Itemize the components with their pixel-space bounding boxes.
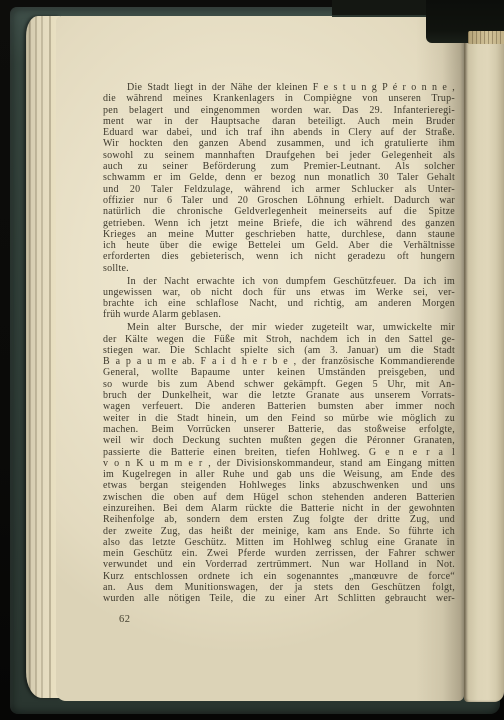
text-line: In der Nacht erwachte ich von dumpfem Ge… (103, 276, 455, 287)
text-line: brachte ich eine schlaflose Nacht, und r… (103, 298, 455, 309)
text-line: auch zu seiner Beförderung zum Premier-L… (103, 161, 455, 172)
text-line: getrieben. Wenn ich jetzt meine Briefe, … (103, 218, 455, 229)
text-line: natürlich die chronische Geldverlegenhei… (103, 206, 455, 217)
text-line: General, wollte Bapaume unter keinen Ums… (103, 367, 455, 378)
text-line: die während meines Krankenlagers in Comp… (103, 93, 455, 104)
text-line: etwas bergan steigenden Hohlweges links … (103, 480, 455, 491)
text-line: schwamm er im Gelde, denn er bezog nun m… (103, 172, 455, 183)
text-line: sowohl zu seinem mannhaften Draufgehen b… (103, 150, 455, 161)
text-line: der zweite Zug, das heißt der meinige, k… (103, 526, 455, 537)
text-line: einzureihen. Bei dem Alarm rückte die Ba… (103, 503, 455, 514)
text-line: machen. Beim Vorrücken unserer Batterie,… (103, 424, 455, 435)
text-line: mein Geschütz ein. Zwei Pferde wurden ze… (103, 548, 455, 559)
text-line: pen belagert und eingenommen worden war.… (103, 105, 455, 116)
text-line: zwischen die oben auf dem Hügel schon st… (103, 492, 455, 503)
text-line: so wurde bis zum Abend schwer gekämpft. … (103, 379, 455, 390)
text-line: Reihenfolge ab, sondern dem ersten Zug f… (103, 514, 455, 525)
headband-detail (468, 31, 504, 44)
text-line: an. Aus dem Munitionswagen, der ja stets… (103, 582, 455, 593)
text-line: wagen verfeuert. Die anderen Batterien b… (103, 401, 455, 412)
text-line: Wir hockten den ganzen Abend zusammen, u… (103, 138, 455, 149)
text-line: Kurz entschlossen ordnete ich ein sogena… (103, 571, 455, 582)
text-line: im Kugelregen in aller Ruhe und gab uns … (103, 469, 455, 480)
text-line: Krieges an meine Mutter geschrieben hatt… (103, 229, 455, 240)
text-line: v o n K u m m e r , der Divisionskommand… (103, 458, 455, 469)
text-line: ich heute über die ewige Bettelei um Gel… (103, 240, 455, 251)
page-edges-stack (26, 16, 60, 698)
text-line: wurden alle nötigen Teile, die zu einer … (103, 593, 455, 604)
text-line: passierte die Batterie einen breiten, ti… (103, 447, 455, 458)
text-line: ment war in der Hauptsache daran beteili… (103, 116, 455, 127)
text-line: sollte. (103, 263, 455, 274)
page-number: 62 (119, 614, 131, 625)
text-line: weil wir doch Deckung suchten mußten geg… (103, 435, 455, 446)
text-line: weiter in die Stadt hinein, um den Feind… (103, 413, 455, 424)
photo-backdrop: Die Stadt liegt in der Nähe der kleinen … (0, 0, 504, 720)
text-line: B a p a u m e ab. F a i d h e r b e , de… (103, 356, 455, 367)
text-line: offizier nur 6 Taler und 20 Groschen Löh… (103, 195, 455, 206)
text-line: stiegen war. Die Schlacht spielte sich (… (103, 345, 455, 356)
text-line: der Kälte wegen die Füße mit Stroh, nach… (103, 334, 455, 345)
text-line: also das letzte Geschütz. Mitten im Hohl… (103, 537, 455, 548)
text-line: und 20 Taler Feldzulage, während ich arm… (103, 184, 455, 195)
text-line: ungewissen war, ob nicht doch für uns et… (103, 287, 455, 298)
text-line: Eduard war dabei, und ich traf ihn abend… (103, 127, 455, 138)
paragraph: Die Stadt liegt in der Nähe der kleinen … (103, 82, 455, 274)
text-line: Die Stadt liegt in der Nähe der kleinen … (103, 82, 455, 93)
facing-page-edge (464, 42, 504, 702)
paragraph: Mein alter Bursche, der mir wieder zuget… (103, 322, 455, 604)
text-line: Mein alter Bursche, der mir wieder zuget… (103, 322, 455, 333)
text-line: erforderten dies gebieterisch, wenn ich … (103, 251, 455, 262)
text-line: verwundet und ein Vorderrad zertrümmert.… (103, 559, 455, 570)
text-line: bruch der Dunkelheit, war die letzte Gra… (103, 390, 455, 401)
text-block: Die Stadt liegt in der Nähe der kleinen … (103, 82, 455, 605)
paragraph: In der Nacht erwachte ich von dumpfem Ge… (103, 276, 455, 321)
text-line: früh wurde Alarm geblasen. (103, 309, 455, 320)
